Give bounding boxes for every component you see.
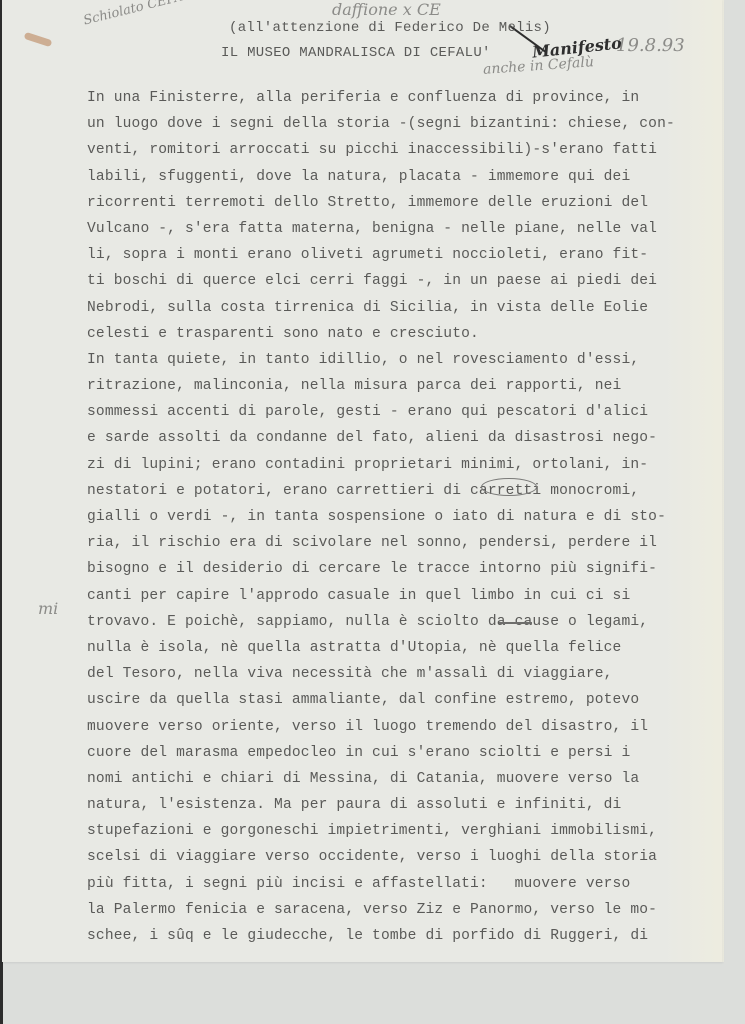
text-line: nomi antichi e chiari di Messina, di Cat… bbox=[87, 766, 675, 792]
text-line: labili, sfuggenti, dove la natura, placa… bbox=[87, 164, 675, 190]
strikethrough-mark bbox=[499, 622, 532, 624]
text-line: schee, i sûq e le giudecche, le tombe di… bbox=[87, 923, 675, 949]
text-line: trovavo. E poichè, sappiamo, nulla è sci… bbox=[87, 609, 675, 635]
text-line: uscire da quella stasi ammaliante, dal c… bbox=[87, 687, 675, 713]
text-line: li, sopra i monti erano oliveti agrumeti… bbox=[87, 242, 675, 268]
text-line: più fitta, i segni più incisi e affastel… bbox=[87, 871, 675, 897]
pencil-circle-mark bbox=[481, 478, 537, 496]
text-line: muovere verso oriente, verso il luogo tr… bbox=[87, 714, 675, 740]
text-line: scelsi di viaggiare verso occidente, ver… bbox=[87, 844, 675, 870]
text-line: la Palermo fenicia e saracena, verso Ziz… bbox=[87, 897, 675, 923]
handwritten-date: 19.8.93 bbox=[616, 35, 685, 56]
text-line: In tanta quiete, in tanto idillio, o nel… bbox=[87, 347, 675, 373]
text-line: natura, l'esistenza. Ma per paura di ass… bbox=[87, 792, 675, 818]
text-line: bisogno e il desiderio di cercare le tra… bbox=[87, 556, 675, 582]
text-line: sommessi accenti di parole, gesti - eran… bbox=[87, 399, 675, 425]
text-line: Nebrodi, sulla costa tirrenica di Sicili… bbox=[87, 295, 675, 321]
text-line: celesti e trasparenti sono nato e cresci… bbox=[87, 321, 675, 347]
text-line: del Tesoro, nella viva necessità che m'a… bbox=[87, 661, 675, 687]
text-line: zi di lupini; erano contadini proprietar… bbox=[87, 452, 675, 478]
text-line: e sarde assolti da condanne del fato, al… bbox=[87, 425, 675, 451]
text-line: nestatori e potatori, erano carrettieri … bbox=[87, 478, 675, 504]
text-line: In una Finisterre, alla periferia e conf… bbox=[87, 85, 675, 111]
document-title: IL MUSEO MANDRALISCA DI CEFALU' bbox=[221, 45, 491, 61]
text-line: ria, il rischio era di scivolare nel son… bbox=[87, 530, 675, 556]
text-line: gialli o verdi -, in tanta sospensione o… bbox=[87, 504, 675, 530]
document-body: In una Finisterre, alla periferia e conf… bbox=[87, 85, 675, 949]
handwritten-note-top: daffione x CE bbox=[332, 0, 441, 19]
text-line: ricorrenti terremoti dello Stretto, imme… bbox=[87, 190, 675, 216]
text-line: venti, romitori arroccati su picchi inac… bbox=[87, 137, 675, 163]
text-line: Vulcano -, s'era fatta materna, benigna … bbox=[87, 216, 675, 242]
text-line: cuore del marasma empedocleo in cui s'er… bbox=[87, 740, 675, 766]
text-line: nulla è isola, nè quella astratta d'Utop… bbox=[87, 635, 675, 661]
handwritten-margin-correction: mi bbox=[38, 599, 58, 618]
text-line: canti per capire l'approdo casuale in qu… bbox=[87, 583, 675, 609]
text-line: ritrazione, malinconia, nella misura par… bbox=[87, 373, 675, 399]
text-line: stupefazioni e gorgoneschi impietrimenti… bbox=[87, 818, 675, 844]
text-line: ti boschi di querce elci cerri faggi -, … bbox=[87, 268, 675, 294]
attention-line: (all'attenzione di Federico De Melis) bbox=[229, 20, 551, 36]
text-line: un luogo dove i segni della storia -(seg… bbox=[87, 111, 675, 137]
